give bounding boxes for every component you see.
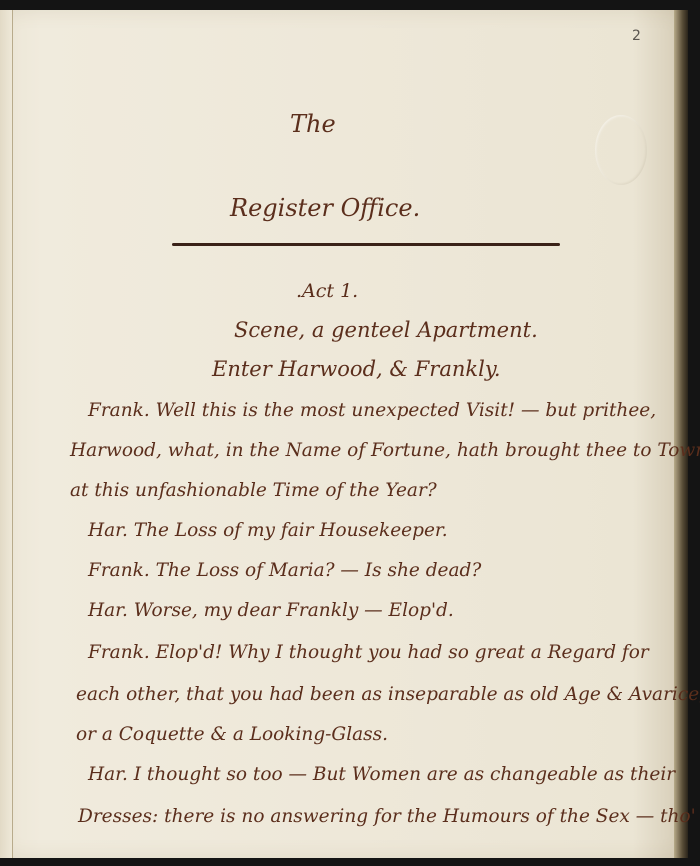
text-line: at this unfashionable Time of the Year? bbox=[70, 480, 437, 501]
binding-edge bbox=[0, 10, 13, 858]
text-line: Frank. The Loss of Maria? — Is she dead? bbox=[88, 560, 481, 581]
text-line: Har. The Loss of my fair Housekeeper. bbox=[88, 520, 448, 541]
text-line: each other, that you had been as insepar… bbox=[76, 684, 700, 705]
text-line: Har. I thought so too — But Women are as… bbox=[88, 764, 675, 785]
page-number: 2 bbox=[632, 28, 641, 44]
text-line: Frank. Elop'd! Why I thought you had so … bbox=[88, 642, 649, 663]
page-edge bbox=[674, 10, 688, 858]
text-line: Harwood, what, in the Name of Fortune, h… bbox=[70, 440, 700, 461]
embossed-crown-stamp-icon bbox=[595, 115, 647, 185]
title-line-2: Register Office. bbox=[230, 194, 420, 222]
text-line: Dresses: there is no answering for the H… bbox=[78, 806, 696, 827]
stage-direction: Enter Harwood, & Frankly. bbox=[212, 357, 501, 381]
text-line: or a Coquette & a Looking-Glass. bbox=[76, 724, 388, 745]
act-heading: .Act 1. bbox=[296, 280, 358, 302]
title-line-1: The bbox=[290, 110, 336, 138]
scene-heading: Scene, a genteel Apartment. bbox=[234, 318, 538, 342]
title-underline-divider bbox=[172, 243, 560, 246]
text-line: Har. Worse, my dear Frankly — Elop'd. bbox=[88, 600, 454, 621]
text-line: Frank. Well this is the most unexpected … bbox=[88, 400, 656, 421]
